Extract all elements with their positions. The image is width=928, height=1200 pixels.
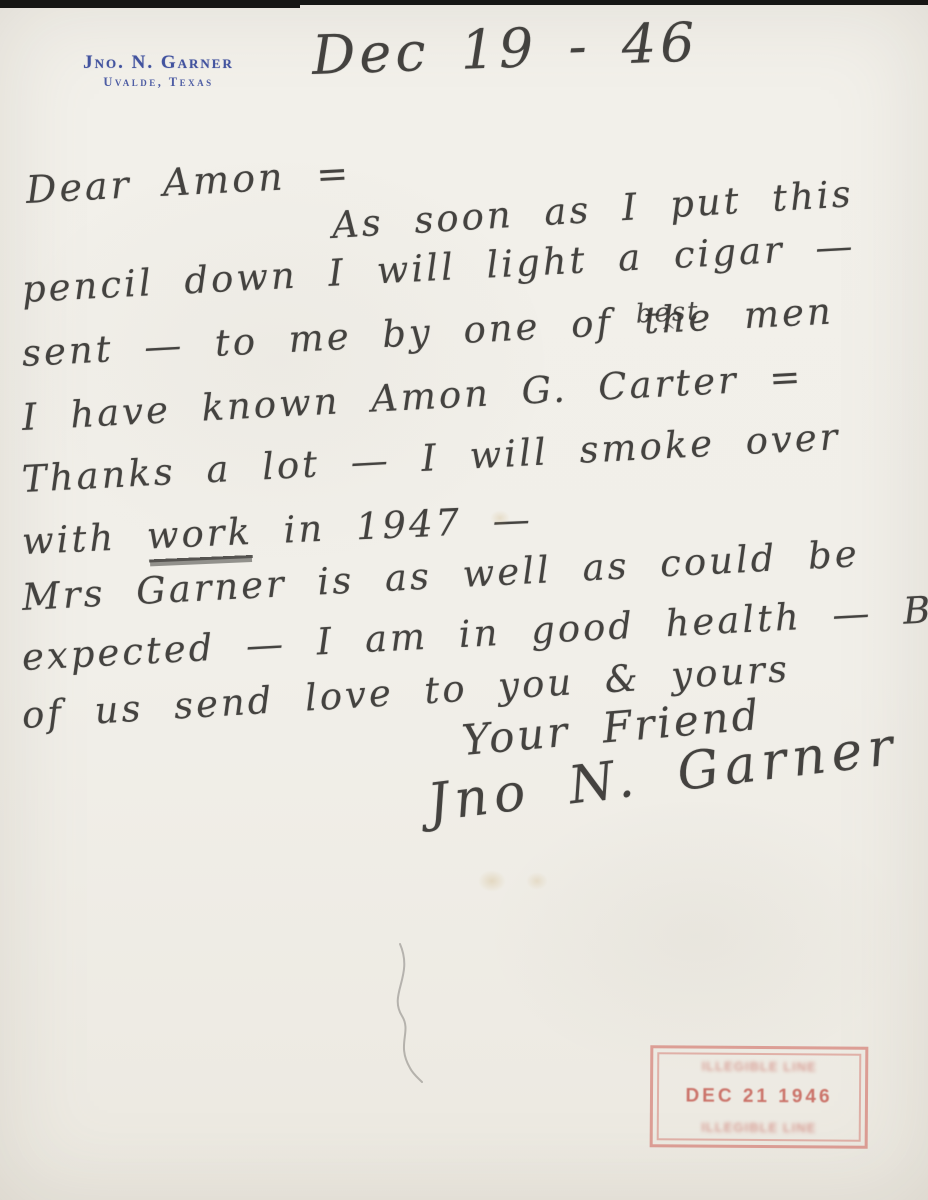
- paper-stain: [478, 870, 506, 892]
- stamp-date: DEC 21 1946: [685, 1085, 832, 1108]
- line-suffix: in 1947 —: [252, 498, 534, 553]
- stamp-top-line-illegible: ILLEGIBLE LINE: [702, 1059, 817, 1075]
- paper-stain: [490, 510, 510, 526]
- salutation: Dear Amon =: [25, 151, 352, 212]
- letter-page: Jno. N. Garner Uvalde, Texas Dec 19 - 46…: [0, 0, 928, 1200]
- line-prefix: with: [21, 515, 148, 563]
- inserted-word: best ^: [635, 296, 701, 337]
- paper-stain: [526, 872, 548, 890]
- pencil-squiggle: [380, 938, 460, 1088]
- letterhead-location: Uvalde, Texas: [66, 75, 251, 90]
- received-stamp-inner-border: ILLEGIBLE LINE DEC 21 1946 ILLEGIBLE LIN…: [657, 1052, 862, 1141]
- underlined-word: work: [146, 510, 254, 560]
- stamp-bottom-line-illegible: ILLEGIBLE LINE: [701, 1120, 816, 1136]
- received-stamp: ILLEGIBLE LINE DEC 21 1946 ILLEGIBLE LIN…: [650, 1045, 869, 1149]
- handwritten-date: Dec 19 - 46: [311, 11, 700, 87]
- scan-edge-artifact-left: [0, 0, 300, 8]
- letterhead: Jno. N. Garner Uvalde, Texas: [66, 52, 251, 90]
- letterhead-name: Jno. N. Garner: [66, 52, 251, 74]
